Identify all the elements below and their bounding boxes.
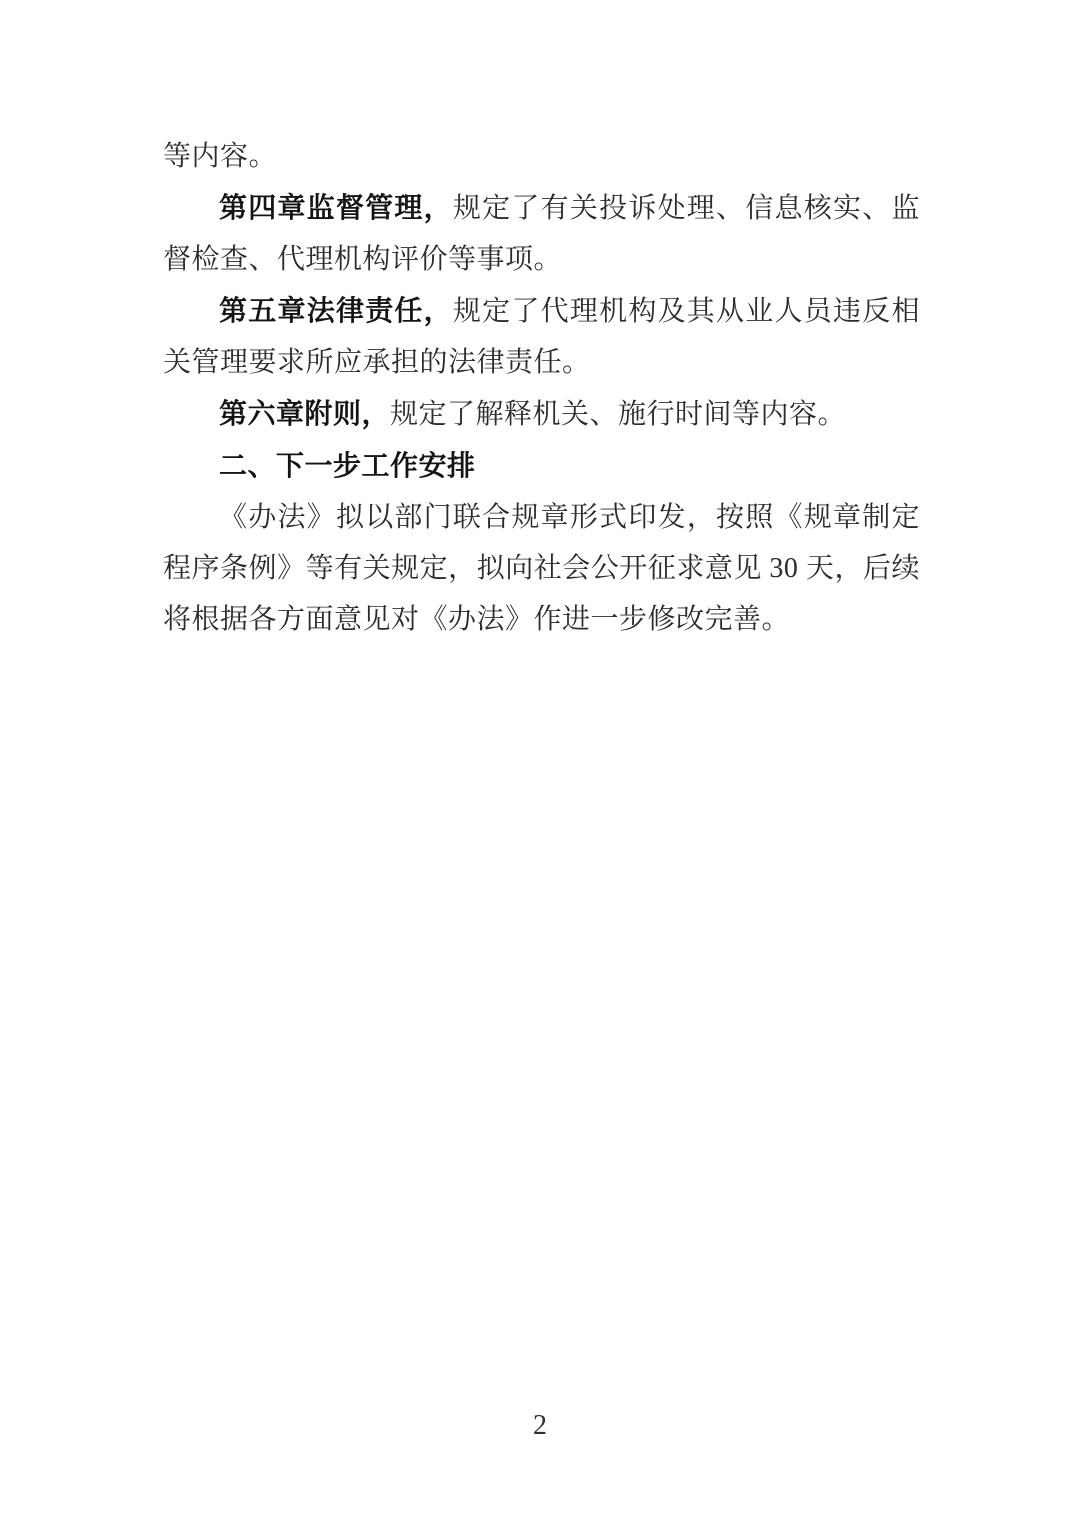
chapter-4-heading-run: 第四章监督管理， bbox=[219, 192, 453, 223]
section-2-heading: 二、下一步工作安排 bbox=[163, 440, 920, 492]
paragraph-chapter-5: 第五章法律责任，规定了代理机构及其从业人员违反相关管理要求所应承担的法律责任。 bbox=[163, 285, 920, 388]
paragraph-chapter-6: 第六章附则，规定了解释机关、施行时间等内容。 bbox=[163, 388, 920, 440]
section-2-heading-text: 二、下一步工作安排 bbox=[219, 450, 476, 481]
paragraph-text: 规定了解释机关、施行时间等内容。 bbox=[390, 399, 846, 430]
paragraph-chapter-4: 第四章监督管理，规定了有关投诉处理、信息核实、监督检查、代理机构评价等事项。 bbox=[163, 182, 920, 285]
paragraph-text: 《办法》拟以部门联合规章形式印发，按照《规章制定程序条例》等有关规定，拟向社会公… bbox=[163, 502, 920, 635]
chapter-6-heading-run: 第六章附则， bbox=[219, 398, 390, 429]
chapter-5-heading-run: 第五章法律责任， bbox=[219, 295, 453, 326]
paragraph-continuation: 等内容。 bbox=[163, 131, 920, 182]
document-body: 等内容。 第四章监督管理，规定了有关投诉处理、信息核实、监督检查、代理机构评价等… bbox=[163, 131, 920, 645]
page-number: 2 bbox=[0, 1406, 1080, 1446]
paragraph-text: 等内容。 bbox=[163, 141, 277, 172]
document-page: 等内容。 第四章监督管理，规定了有关投诉处理、信息核实、监督检查、代理机构评价等… bbox=[0, 0, 1080, 1527]
paragraph-next-steps: 《办法》拟以部门联合规章形式印发，按照《规章制定程序条例》等有关规定，拟向社会公… bbox=[163, 492, 920, 645]
